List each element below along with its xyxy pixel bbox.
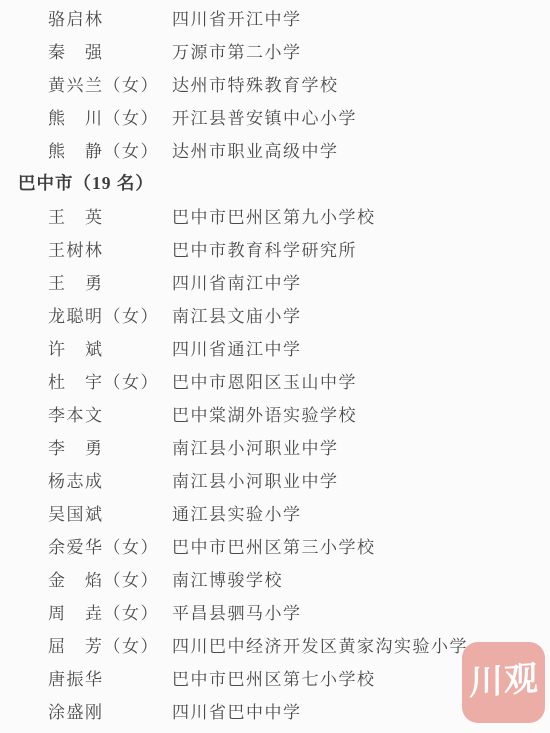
school-name: 南江县文庙小学 bbox=[172, 302, 302, 327]
school-name: 达州市职业高级中学 bbox=[172, 137, 339, 162]
school-name: 南江县小河职业中学 bbox=[172, 467, 339, 492]
school-name: 通江县实验小学 bbox=[172, 500, 302, 525]
roster-row: 余爱华（女）巴中市巴州区第三小学校 bbox=[0, 529, 550, 562]
roster-row: 龙聪明（女）南江县文庙小学 bbox=[0, 298, 550, 331]
person-name: 杨志成 bbox=[48, 467, 172, 492]
school-name: 巴中棠湖外语实验学校 bbox=[172, 401, 357, 426]
school-name: 开江县普安镇中心小学 bbox=[172, 104, 357, 129]
roster-row: 李本文巴中棠湖外语实验学校 bbox=[0, 397, 550, 430]
person-name: 李 勇 bbox=[48, 434, 172, 459]
school-name: 四川巴中经济开发区黄家沟实验小学 bbox=[172, 632, 468, 657]
school-name: 万源市第二小学 bbox=[172, 38, 302, 63]
person-name: 周 垚（女） bbox=[48, 599, 172, 624]
school-name: 平昌县驷马小学 bbox=[172, 599, 302, 624]
person-name: 王树林 bbox=[48, 236, 172, 261]
school-name: 巴中市教育科学研究所 bbox=[172, 236, 357, 261]
school-name: 巴中市巴州区第三小学校 bbox=[172, 533, 376, 558]
roster-row: 骆启林四川省开江中学 bbox=[0, 1, 550, 34]
person-name: 许 斌 bbox=[48, 335, 172, 360]
person-name: 杜 宇（女） bbox=[48, 368, 172, 393]
person-name: 唐振华 bbox=[48, 665, 172, 690]
roster-row: 杨志成南江县小河职业中学 bbox=[0, 463, 550, 496]
person-name: 李本文 bbox=[48, 401, 172, 426]
roster-row: 许 斌四川省通江中学 bbox=[0, 331, 550, 364]
person-name: 龙聪明（女） bbox=[48, 302, 172, 327]
school-name: 四川省开江中学 bbox=[172, 5, 302, 30]
school-name: 巴中市巴州区第七小学校 bbox=[172, 665, 376, 690]
person-name: 黄兴兰（女） bbox=[48, 71, 172, 96]
chuanguan-watermark-badge: 川观 bbox=[462, 642, 545, 723]
roster-row: 熊 静（女）达州市职业高级中学 bbox=[0, 133, 550, 166]
roster-row: 黄兴兰（女）达州市特殊教育学校 bbox=[0, 67, 550, 100]
roster-row: 吴国斌通江县实验小学 bbox=[0, 496, 550, 529]
watermark-label: 川观 bbox=[469, 661, 539, 704]
school-name: 达州市特殊教育学校 bbox=[172, 71, 339, 96]
roster-row: 熊 川（女）开江县普安镇中心小学 bbox=[0, 100, 550, 133]
person-name: 涂盛刚 bbox=[48, 698, 172, 723]
school-name: 巴中市巴州区第九小学校 bbox=[172, 203, 376, 228]
roster-row: 秦 强万源市第二小学 bbox=[0, 34, 550, 67]
school-name: 南江县小河职业中学 bbox=[172, 434, 339, 459]
roster-row: 金 焰（女）南江博骏学校 bbox=[0, 562, 550, 595]
school-name: 四川省南江中学 bbox=[172, 269, 302, 294]
roster-row: 杜 宇（女）巴中市恩阳区玉山中学 bbox=[0, 364, 550, 397]
person-name: 屈 芳（女） bbox=[48, 632, 172, 657]
school-name: 四川省通江中学 bbox=[172, 335, 302, 360]
document-page: 骆启林四川省开江中学秦 强万源市第二小学黄兴兰（女）达州市特殊教育学校熊 川（女… bbox=[0, 0, 550, 733]
section-header: 巴中市（19 名） bbox=[0, 166, 550, 199]
roster-row: 王 勇四川省南江中学 bbox=[0, 265, 550, 298]
person-name: 王 英 bbox=[48, 203, 172, 228]
roster-list: 骆启林四川省开江中学秦 强万源市第二小学黄兴兰（女）达州市特殊教育学校熊 川（女… bbox=[0, 1, 550, 727]
person-name: 熊 静（女） bbox=[48, 137, 172, 162]
person-name: 秦 强 bbox=[48, 38, 172, 63]
person-name: 余爱华（女） bbox=[48, 533, 172, 558]
school-name: 巴中市恩阳区玉山中学 bbox=[172, 368, 357, 393]
roster-row: 王 英巴中市巴州区第九小学校 bbox=[0, 199, 550, 232]
roster-row: 王树林巴中市教育科学研究所 bbox=[0, 232, 550, 265]
school-name: 南江博骏学校 bbox=[172, 566, 283, 591]
roster-row: 李 勇南江县小河职业中学 bbox=[0, 430, 550, 463]
school-name: 四川省巴中中学 bbox=[172, 698, 302, 723]
person-name: 吴国斌 bbox=[48, 500, 172, 525]
person-name: 金 焰（女） bbox=[48, 566, 172, 591]
roster-row: 周 垚（女）平昌县驷马小学 bbox=[0, 595, 550, 628]
person-name: 骆启林 bbox=[48, 5, 172, 30]
person-name: 熊 川（女） bbox=[48, 104, 172, 129]
person-name: 王 勇 bbox=[48, 269, 172, 294]
